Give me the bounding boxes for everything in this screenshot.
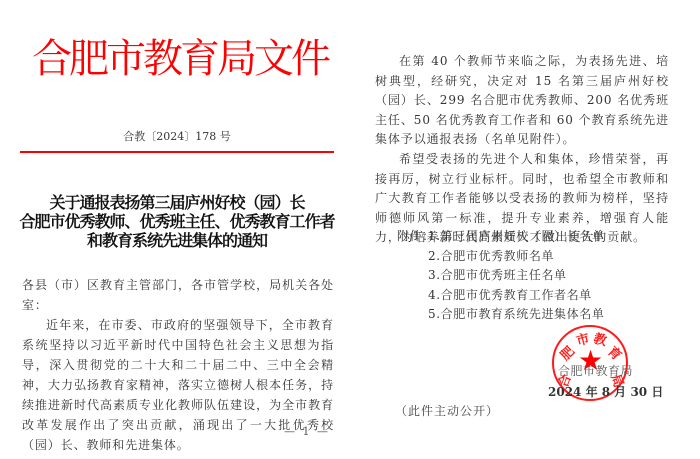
attachment-item-2: 2.合肥市优秀教师名单: [428, 247, 554, 267]
attachments-list: 附件： 1.第三届庐州好校（园）长名单 2.合肥市优秀教师名单 3.合肥市优秀班…: [397, 227, 604, 325]
notice-title-line-3: 和教育系统先进集体的通知: [0, 231, 354, 250]
seal-char: 肥: [555, 341, 578, 364]
attachment-item: 2.合肥市优秀教师名单: [397, 247, 604, 267]
page-number: — 1 —: [284, 425, 330, 438]
right-page-body: 在第 40 个教师节来临之际，为表扬先进、培树典型，经研究，决定对 15 名第三…: [375, 52, 669, 248]
attachment-item: 附件： 1.第三届庐州好校（园）长名单: [397, 227, 604, 247]
issue-date: 2024 年 8 月 30 日: [548, 383, 663, 400]
seal-char: 育: [604, 341, 627, 364]
notice-title: 关于通报表扬第三届庐州好校（园）长 合肥市优秀教师、优秀班主任、优秀教育工作者 …: [0, 193, 354, 250]
document-header-title: 合肥市教育局文件: [32, 34, 322, 84]
salutation: 各县（市）区教育主管部门，各市管学校，局机关各处室：: [22, 275, 334, 315]
red-divider-line: [20, 151, 334, 153]
document-number: 合教〔2024〕178 号: [0, 130, 354, 144]
notice-title-line-2: 合肥市优秀教师、优秀班主任、优秀教育工作者: [0, 212, 354, 231]
attachments-label: 附件：: [397, 227, 428, 247]
issuer-signature: 合肥市教育局: [558, 362, 633, 379]
attachment-item: 3.合肥市优秀班主任名单: [397, 266, 604, 286]
attachment-item-4: 4.合肥市优秀教育工作者名单: [428, 286, 592, 306]
attachment-item: 5.合肥市教育系统先进集体名单: [397, 305, 604, 325]
attachment-item-1: 1.第三届庐州好校（园）长名单: [428, 227, 604, 247]
attachment-item-3: 3.合肥市优秀班主任名单: [428, 266, 567, 286]
notice-title-line-1: 关于通报表扬第三届庐州好校（园）长: [0, 193, 354, 212]
disclosure-note: （此件主动公开）: [395, 402, 499, 419]
attachment-item: 4.合肥市优秀教育工作者名单: [397, 286, 604, 306]
attachment-item-5: 5.合肥市教育系统先进集体名单: [428, 305, 604, 325]
paragraph-2: 在第 40 个教师节来临之际，为表扬先进、培树典型，经研究，决定对 15 名第三…: [375, 52, 669, 150]
